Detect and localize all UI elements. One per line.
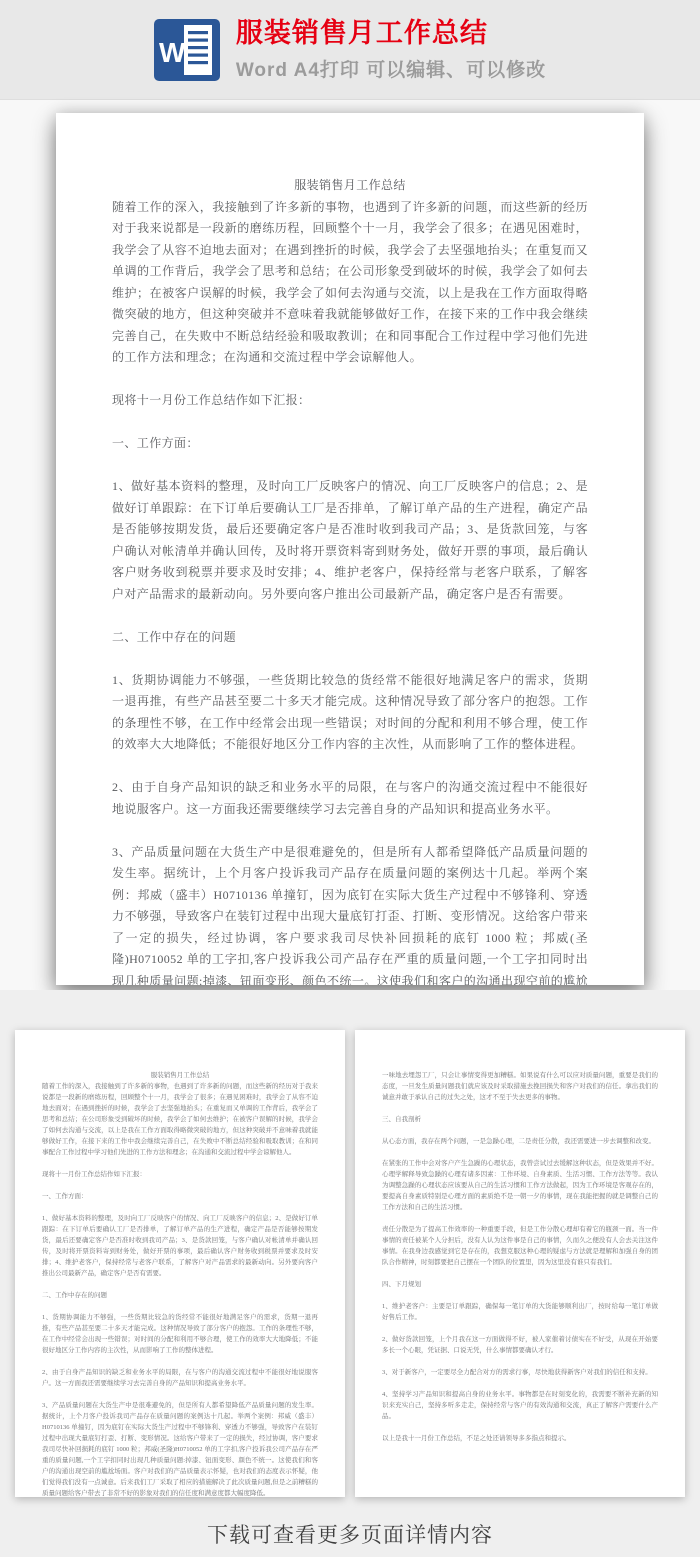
document-page-1-preview: 服装销售月工作总结 随着工作的深入，我接触到了许多新的事物，也遇到了许多新的问题… xyxy=(56,113,644,985)
document-subtitle: Word A4打印 可以编辑、可以修改 xyxy=(236,55,546,82)
thumb-section-heading: 四、下月规划 xyxy=(382,1279,658,1290)
thumb-paragraph: 1、做好基本资料的整理，及时向工厂反映客户的情况、向工厂反映客户的信息；2、是做… xyxy=(42,1213,318,1279)
thumbnail-row: 服装销售月工作总结 随着工作的深入，我接触到了许多新的事物，也遇到了许多新的问题… xyxy=(0,1030,700,1497)
thumb-paragraph: 一、工作方面： xyxy=(42,1191,318,1202)
paragraph: 随着工作的深入，我接触到了许多新的事物，也遇到了许多新的问题，而这些新的经历对于… xyxy=(112,197,588,369)
more-pages-section: 服装销售月工作总结 随着工作的深入，我接触到了许多新的事物，也遇到了许多新的问题… xyxy=(0,990,700,1557)
header-text-block: 服装销售月工作总结 Word A4打印 可以编辑、可以修改 xyxy=(236,18,546,82)
thumb-paragraph: 2、由于自身产品知识的缺乏和业务水平的局限，在与客户的沟通交流过程中不能很好地说… xyxy=(42,1367,318,1389)
thumb-paragraph: 一味地去埋怨工厂，只会让事情变得更加糟糕。如果说有什么可以应对质量问题，重要是我… xyxy=(382,1070,658,1103)
thumb-paragraph: 在紧张的工作中会对客户产生急躁的心理状态，我曾尝试过去缓解这种状态，但是效果并不… xyxy=(382,1158,658,1213)
main-preview-area: 服装销售月工作总结 随着工作的深入，我接触到了许多新的事物，也遇到了许多新的问题… xyxy=(0,100,700,990)
thumb-section-heading: 三、自我剖析 xyxy=(382,1114,658,1125)
thumb-paragraph: 从心态方面，我存在两个问题，一是急躁心理，二是责任分散，我还需要进一步去调整和改… xyxy=(382,1136,658,1147)
thumb-paragraph: 1、维护老客户：主要是订单跟踪，确保每一笔订单的大货能够顺利出厂，按时给每一笔订… xyxy=(382,1301,658,1323)
page-header: W 服装销售月工作总结 Word A4打印 可以编辑、可以修改 xyxy=(0,0,700,100)
paragraph: 3、产品质量问题在大货生产中是很难避免的，但是所有人都希望降低产品质量问题的发生… xyxy=(112,842,588,986)
paragraph: 1、货期协调能力不够强，一些货期比较急的货经常不能很好地满足客户的需求，货期一退… xyxy=(112,670,588,756)
thumb-paragraph: 以上是我十一月份工作总结，不足之处还请领导多多指点和提示。 xyxy=(382,1433,658,1444)
thumb-doc-title: 服装销售月工作总结 xyxy=(42,1070,318,1081)
word-icon: W xyxy=(154,19,220,81)
document-title: 服装销售月工作总结 xyxy=(236,18,546,48)
page-1-doc-title: 服装销售月工作总结 xyxy=(112,175,588,197)
download-hint-text: 下载可查看更多页面详情内容 xyxy=(0,1497,700,1557)
word-icon-letter: W xyxy=(159,37,186,68)
page-1-content: 服装销售月工作总结 随着工作的深入，我接触到了许多新的事物，也遇到了许多新的问题… xyxy=(56,113,644,985)
page-2-thumbnail-content: 一味地去埋怨工厂，只会让事情变得更加糟糕。如果说有什么可以应对质量问题，重要是我… xyxy=(355,1030,685,1444)
thumb-paragraph: 4、坚持学习产品知识和提高自身的业务水平。事物都是在时刻变化的，我需要不断补充新… xyxy=(382,1389,658,1422)
thumb-paragraph: 二、工作中存在的问题 xyxy=(42,1290,318,1301)
thumb-paragraph: 责任分散是为了提高工作效率的一种重要手段，但是工作分散心理却有着它的瓶颈一面。当… xyxy=(382,1224,658,1268)
page-2-thumbnail[interactable]: 一味地去埋怨工厂，只会让事情变得更加糟糕。如果说有什么可以应对质量问题，重要是我… xyxy=(355,1030,685,1497)
paragraph: 2、由于自身产品知识的缺乏和业务水平的局限，在与客户的沟通交流过程中不能很好地说… xyxy=(112,777,588,820)
page-1-thumbnail-content: 服装销售月工作总结 随着工作的深入，我接触到了许多新的事物，也遇到了许多新的问题… xyxy=(15,1030,345,1497)
section-heading: 二、工作中存在的问题 xyxy=(112,627,588,649)
page-1-thumbnail[interactable]: 服装销售月工作总结 随着工作的深入，我接触到了许多新的事物，也遇到了许多新的问题… xyxy=(15,1030,345,1497)
thumb-paragraph: 2、做好货款回笼，上个月我在这一方面做得不好，被人家催着讨债实在不好受，从现在开… xyxy=(382,1334,658,1356)
section-heading: 一、工作方面： xyxy=(112,433,588,455)
thumb-paragraph: 1、货期协调能力不够强，一些货期比较急的货经常不能很好地满足客户的需求，货期一退… xyxy=(42,1312,318,1356)
thumb-paragraph: 随着工作的深入，我接触到了许多新的事物，也遇到了许多新的问题，而这些新的经历对于… xyxy=(42,1081,318,1158)
thumb-paragraph: 3、产品质量问题在大货生产中是很难避免的，但是所有人都希望降低产品质量问题的发生… xyxy=(42,1400,318,1497)
paragraph: 现将十一月份工作总结作如下汇报： xyxy=(112,390,588,412)
thumb-paragraph: 现将十一月份工作总结作如下汇报： xyxy=(42,1169,318,1180)
thumb-paragraph: 3、对于新客户，一定要尽全力配合对方的需求行事，尽快地获得新客户对我们的信任和支… xyxy=(382,1367,658,1378)
paragraph: 1、做好基本资料的整理，及时向工厂反映客户的情况、向工厂反映客户的信息；2、是做… xyxy=(112,476,588,605)
